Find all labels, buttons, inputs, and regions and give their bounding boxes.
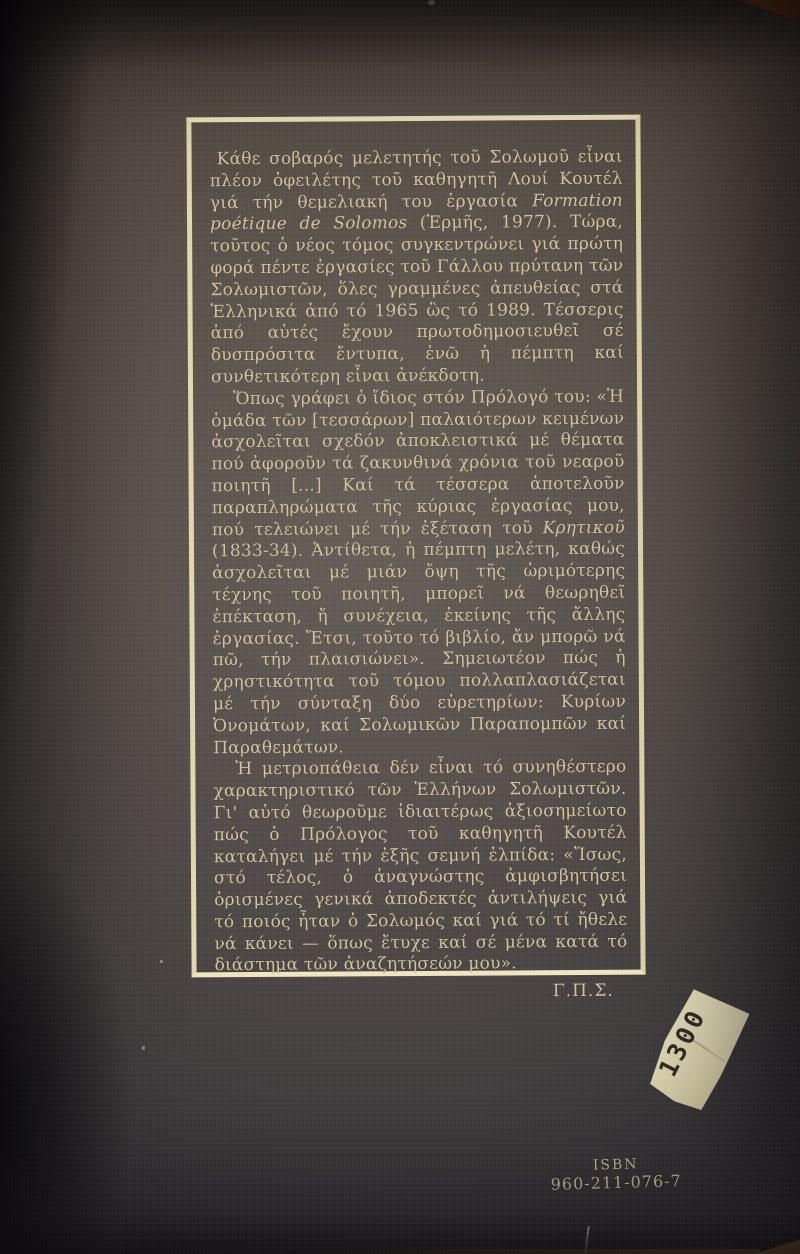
blurb-paragraph: Ἡ μετριοπάθεια δέν εἶναι τό συνηθέστερο … bbox=[213, 757, 627, 977]
top-shadow bbox=[0, 0, 800, 70]
blurb-paragraphs: Κάθε σοβαρός μελετητής τοῦ Σολωμοῦ εἶναι… bbox=[210, 147, 628, 978]
price-sticker: 1300 bbox=[642, 985, 752, 1115]
isbn-number: 960-211-076-7 bbox=[536, 1171, 696, 1194]
dust-speck bbox=[142, 1046, 145, 1050]
isbn-block: ISBN 960-211-076-7 bbox=[536, 1155, 697, 1194]
blurb-paragraph: Ὅπως γράφει ὁ ἴδιος στόν Πρόλογό του: «Ἡ… bbox=[211, 386, 626, 759]
blurb-paragraph: Κάθε σοβαρός μελετητής τοῦ Σολωμοῦ εἶναι… bbox=[210, 147, 624, 389]
book-back-cover-photo: Κάθε σοβαρός μελετητής τοῦ Σολωμοῦ εἶναι… bbox=[0, 0, 800, 1254]
wood-table-corner-bottom-right bbox=[754, 1238, 800, 1254]
blurb-text: Κάθε σοβαρός μελετητής τοῦ Σολωμοῦ εἶναι… bbox=[191, 120, 640, 973]
wood-table-edge-bottom bbox=[300, 1249, 760, 1254]
signature: Γ.Π.Σ. bbox=[215, 975, 628, 1005]
dust-speck bbox=[428, 0, 435, 5]
price-sticker-text: 1300 bbox=[653, 1004, 712, 1082]
blurb-frame: Κάθε σοβαρός μελετητής τοῦ Σολωμοῦ εἶναι… bbox=[186, 115, 645, 978]
dust-speck bbox=[160, 960, 163, 963]
bottom-shadow bbox=[0, 1214, 800, 1254]
wood-table-corner-top-right bbox=[728, 0, 800, 22]
